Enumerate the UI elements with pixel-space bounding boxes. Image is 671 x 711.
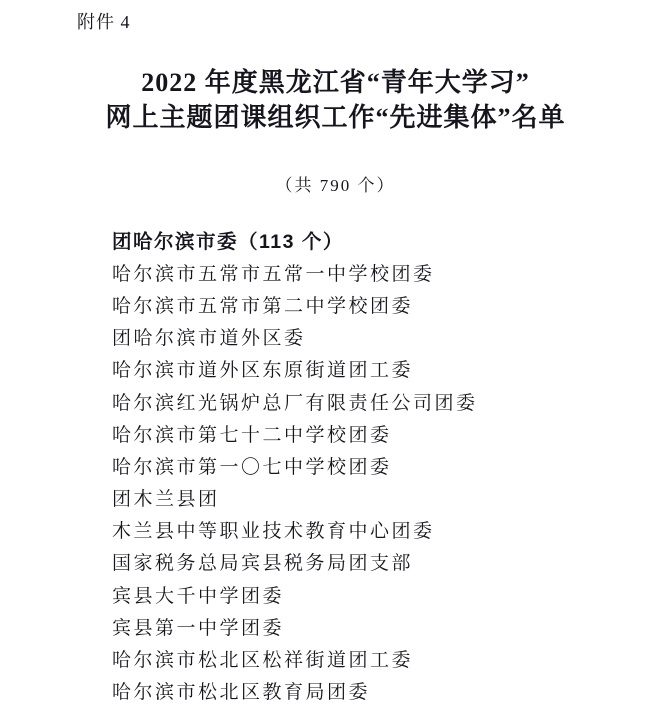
list-item: 哈尔滨市道外区东原街道团工委 — [112, 353, 651, 385]
document-title-line1: 2022 年度黑龙江省“青年大学习” — [0, 65, 671, 100]
organization-list: 团哈尔滨市委（113 个） 哈尔滨市五常市五常一中学校团委 哈尔滨市五常市第二中… — [112, 224, 651, 707]
list-item: 哈尔滨市松北区教育局团委 — [112, 675, 651, 707]
list-item: 哈尔滨红光锅炉总厂有限责任公司团委 — [112, 385, 651, 417]
list-item: 哈尔滨市第一〇七中学校团委 — [112, 449, 651, 481]
list-item: 国家税务总局宾县税务局团支部 — [112, 546, 651, 578]
list-item: 哈尔滨市五常市五常一中学校团委 — [112, 256, 651, 288]
list-item: 哈尔滨市松北区松祥街道团工委 — [112, 642, 651, 674]
list-item: 宾县大千中学团委 — [112, 578, 651, 610]
attachment-label: 附件 4 — [77, 8, 131, 34]
list-item: 宾县第一中学团委 — [112, 610, 651, 642]
list-item: 团木兰县团 — [112, 482, 651, 514]
document-title-line2: 网上主题团课组织工作“先进集体”名单 — [0, 100, 671, 135]
document-page: 附件 4 2022 年度黑龙江省“青年大学习” 网上主题团课组织工作“先进集体”… — [0, 0, 671, 711]
document-title: 2022 年度黑龙江省“青年大学习” 网上主题团课组织工作“先进集体”名单 — [0, 65, 671, 135]
list-item: 木兰县中等职业技术教育中心团委 — [112, 514, 651, 546]
list-item: 哈尔滨市第七十二中学校团委 — [112, 417, 651, 449]
section-heading: 团哈尔滨市委（113 个） — [112, 224, 651, 256]
total-count-note: （共 790 个） — [0, 171, 671, 196]
list-item: 团哈尔滨市道外区委 — [112, 321, 651, 353]
list-item: 哈尔滨市五常市第二中学校团委 — [112, 288, 651, 320]
